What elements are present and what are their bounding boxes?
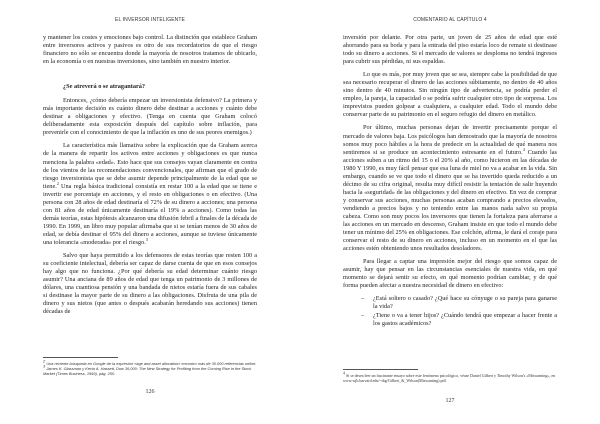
left-page: EL INVERSOR INTELIGENTE y mantener los c… — [0, 0, 300, 424]
footnote-text: Si se desea leer un fascinante ensayo so… — [343, 373, 555, 383]
running-head: EL INVERSOR INTELIGENTE — [0, 17, 300, 23]
paragraph: Lo que es más, por muy joven que se sea,… — [343, 71, 557, 119]
paragraph: inversión por delante. Por otra parte, u… — [343, 34, 557, 66]
footnote-number: 4 — [343, 371, 345, 376]
list-item: ¿Tiene o va a tener hijos? ¿Cuándo tendr… — [361, 312, 557, 328]
dash-list: ¿Está soltero o casado? ¿Qué hace su cón… — [343, 295, 557, 327]
footnote: 3 James K. Glassman y Kevin A. Hassett, … — [43, 366, 257, 376]
running-head: COMENTARIO AL CAPÍTULO 4 — [300, 17, 600, 23]
paragraph: La característica más llamativa sobre la… — [43, 142, 257, 247]
paragraph-text: Cuando las acciones suben a un ritmo del… — [343, 149, 557, 253]
list-item: ¿Está soltero o casado? ¿Qué hace su cón… — [361, 295, 557, 311]
footnote-text: James K. Glassman y Kevin A. Hassett, Do… — [43, 366, 251, 376]
paragraph-text: Una regla básica tradicional consistía e… — [43, 183, 257, 246]
footnote: 4 Si se desea leer un fascinante ensayo … — [343, 373, 557, 383]
paragraph: Entonces, ¿cómo debería empezar un inver… — [43, 97, 257, 137]
footnote-number: 3 — [43, 364, 45, 369]
page-number: 126 — [0, 389, 300, 395]
footnote-rule — [43, 357, 118, 358]
paragraph: Para llegar a captar una impresión mejor… — [343, 258, 557, 290]
paragraph: y mantener los costes y emociones bajo c… — [43, 34, 257, 66]
section-heading: ¿Se atreverá o se atragantará? — [63, 83, 257, 91]
paragraph: Salvo que haya permitido a los defensore… — [43, 252, 257, 316]
paragraph: Por último, muchas personas dejan de inv… — [343, 124, 557, 253]
footnotes: 4 Si se desea leer un fascinante ensayo … — [343, 369, 557, 383]
footnote-ref[interactable]: 3 — [146, 237, 148, 242]
page-body: inversión por delante. Por otra parte, u… — [343, 34, 557, 328]
right-page: COMENTARIO AL CAPÍTULO 4 inversión por d… — [300, 0, 600, 424]
page-number: 127 — [300, 398, 600, 404]
footnotes: 2 Una reciente búsqueda en Google de la … — [43, 357, 257, 377]
page-body: y mantener los costes y emociones bajo c… — [43, 34, 257, 316]
footnote-rule — [343, 369, 418, 370]
